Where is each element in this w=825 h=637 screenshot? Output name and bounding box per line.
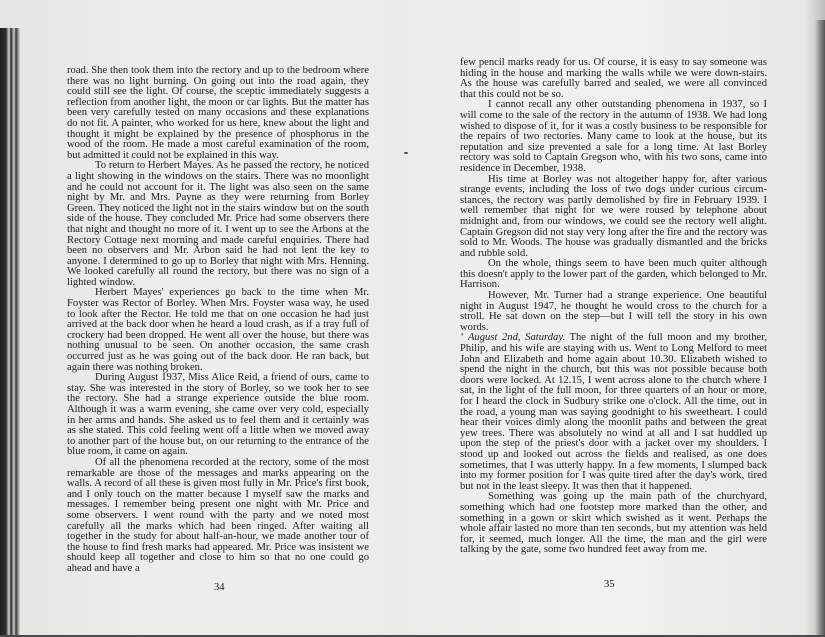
page-number: 35 — [604, 579, 615, 590]
paragraph: On the whole, things seem to have been m… — [460, 259, 767, 291]
book-binding-edge — [0, 28, 20, 637]
diary-date: ‘ August 2nd, Saturday. — [460, 332, 565, 343]
right-page-body: few pencil marks ready for us. Of course… — [460, 58, 767, 556]
paragraph: road. She then took them into the rector… — [67, 66, 369, 161]
right-page-edge — [815, 20, 825, 637]
left-page: road. She then took them into the rector… — [0, 0, 413, 637]
diary-text: The night of the full moon and my brothe… — [460, 332, 767, 491]
paragraph: Something was going up the main path of … — [460, 492, 767, 556]
paragraph: Of all the phenomena recorded at the rec… — [67, 458, 369, 575]
scan-speck — [404, 152, 408, 154]
paragraph: His time at Borley was not altogether ha… — [460, 175, 767, 260]
quoted-diary-paragraph: ‘ August 2nd, Saturday. The night of the… — [460, 333, 767, 492]
paragraph: To return to Herbert Mayes. As he passed… — [67, 161, 369, 288]
left-page-body: road. She then took them into the rector… — [67, 66, 369, 575]
paragraph: I cannot recall any other outstanding ph… — [460, 100, 767, 174]
page-number: 34 — [214, 582, 225, 593]
book-spread: road. She then took them into the rector… — [0, 0, 825, 637]
paragraph: Herbert Mayes' experiences go back to th… — [67, 288, 369, 373]
paragraph: However, Mr. Turner had a strange experi… — [460, 291, 767, 333]
right-page: few pencil marks ready for us. Of course… — [413, 0, 825, 637]
paragraph: few pencil marks ready for us. Of course… — [460, 58, 767, 100]
paragraph: During August 1937, Miss Alice Reid, a f… — [67, 373, 369, 458]
